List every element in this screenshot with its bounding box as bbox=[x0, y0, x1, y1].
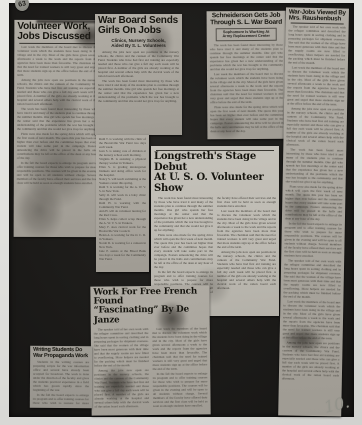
headline-line: Jobs Discussed bbox=[17, 32, 97, 42]
headline-line: Through S. L. War Board bbox=[210, 19, 283, 26]
body-text: Ruth T. is working with the clinic of th… bbox=[96, 135, 149, 272]
headline: Schneiderson Gets Job Through S. L. War … bbox=[210, 13, 283, 27]
headline-line: Mrs. Raushenbush bbox=[289, 16, 346, 23]
headline-line: At U. S. O. Volunteer Show bbox=[154, 173, 276, 194]
clipping-schneiderson: Schneiderson Gets Job Through S. L. War … bbox=[207, 11, 287, 140]
subhead: Clinics, Nursery Schools, Aided By S. L.… bbox=[98, 38, 179, 48]
headline-line: War Propaganda Work bbox=[33, 353, 89, 359]
scrapbook-photo: 63 Volunteer Work, Jobs Discussed Last w… bbox=[0, 0, 362, 425]
clipping-war-board-column: Ruth T. is working with the clinic of th… bbox=[96, 135, 149, 272]
body-text: Students in the writing courses are prep… bbox=[33, 360, 89, 404]
body-text: The speaker told of her own work with th… bbox=[94, 326, 208, 415]
clipping-de-janze: Work For Free French Found “Fascinating”… bbox=[90, 285, 210, 415]
clipping-volunteer-work: Volunteer Work, Jobs Discussed Last week… bbox=[14, 20, 101, 237]
body-text: The work has been found most interesting… bbox=[210, 42, 284, 135]
headline: Writing Students Do War Propaganda Work bbox=[33, 348, 89, 359]
clipping-writing-students: Writing Students Do War Propaganda Work … bbox=[30, 346, 92, 408]
body-text: Among the jobs now open are positions in… bbox=[98, 50, 179, 132]
body-text: Last week the members of the board met t… bbox=[17, 45, 98, 231]
headline-line: “Fascinating” By De Janze bbox=[94, 306, 207, 326]
body-text: The speaker told of her own work with th… bbox=[281, 25, 345, 410]
headline: Work For Free French Found “Fascinating”… bbox=[93, 287, 206, 325]
headline: Volunteer Work, Jobs Discussed bbox=[17, 22, 97, 42]
subhead-box: Sophomore Is Working At Army Replacement… bbox=[216, 28, 277, 41]
headline: War Board Sends Girls On Jobs bbox=[98, 16, 179, 36]
headline-line: Work For Free French Found bbox=[93, 287, 206, 307]
clipping-raushenbush: War-Jobs Viewed By Mrs. Raushenbush The … bbox=[278, 7, 349, 416]
headline: Longstreth's Stage Debut At U. S. O. Vol… bbox=[154, 152, 276, 194]
clipping-war-board-top: War Board Sends Girls On Jobs Clinics, N… bbox=[95, 14, 182, 135]
headline-line: Longstreth's Stage Debut bbox=[154, 152, 276, 173]
headline: War-Jobs Viewed By Mrs. Raushenbush bbox=[289, 9, 346, 22]
headline-line: Girls On Jobs bbox=[98, 26, 179, 36]
